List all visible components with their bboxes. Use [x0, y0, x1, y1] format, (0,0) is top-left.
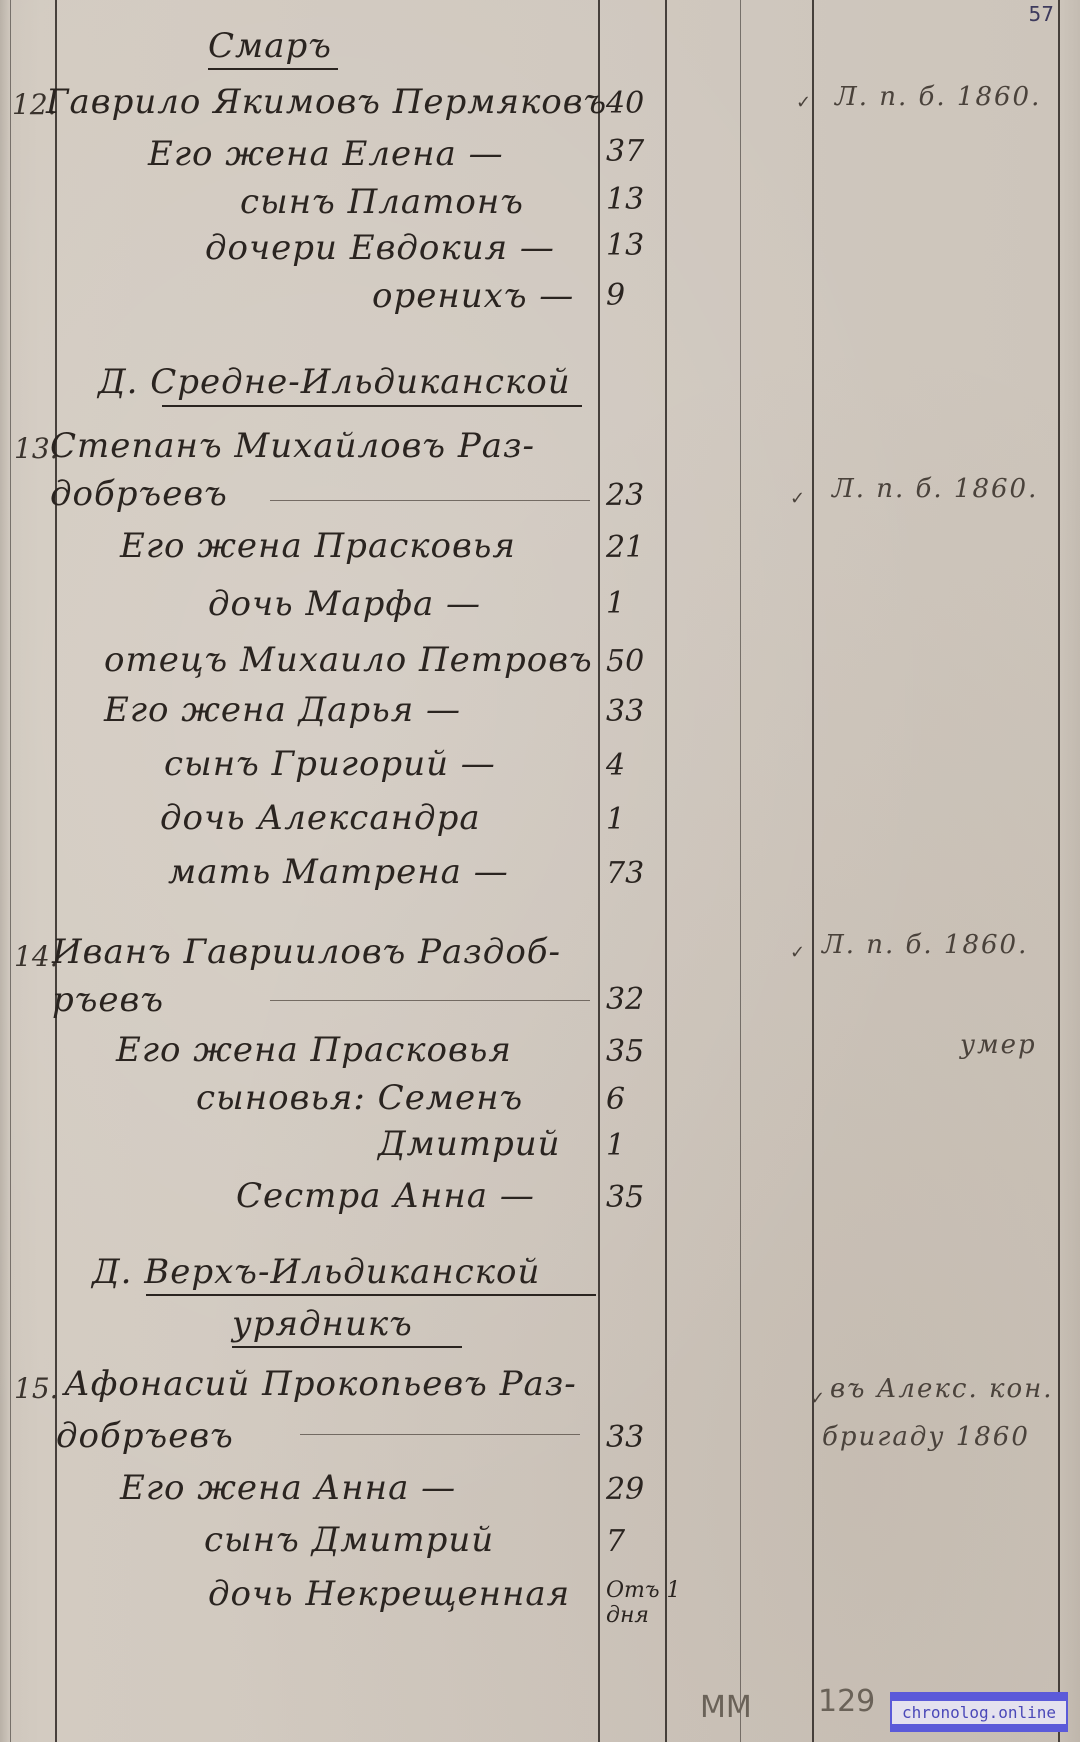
age: Отъ 1 дня [606, 1578, 716, 1628]
pencil-mark: ΜΜ [700, 1690, 752, 1725]
family-member: сынъ Григорий — [164, 744, 496, 784]
remark: Л. п. б. 1860. [832, 474, 1038, 504]
fill-line [270, 500, 590, 501]
age: 9 [606, 278, 662, 313]
family-member: дочь Марфа — [208, 584, 481, 624]
age: 7 [606, 1524, 662, 1559]
age: 1 [606, 1128, 662, 1163]
household-head: Гаврило Якимовъ Пермяковъ [46, 82, 607, 122]
heading-underline [162, 405, 582, 407]
names-column-rule [598, 0, 600, 1742]
family-member: Дмитрий [378, 1124, 561, 1164]
family-member: дочь Некрещенная [208, 1574, 570, 1614]
margin-rule [55, 0, 57, 1742]
household-head: Степанъ Михайловъ Раз- [50, 426, 535, 466]
section-subheading: урядникъ [232, 1304, 413, 1344]
family-member: сыновья: Семенъ [196, 1078, 523, 1118]
age: 4 [606, 748, 662, 783]
watermark-badge[interactable]: chronolog.online [890, 1692, 1068, 1732]
household-head: Афонасий Прокопьевъ Раз- [64, 1364, 577, 1404]
family-member: сынъ Дмитрий [204, 1520, 494, 1560]
family-member: дочь Александра [160, 798, 481, 838]
remark: Л. п. б. 1860. [822, 930, 1028, 960]
age: 32 [606, 982, 662, 1017]
age: 37 [606, 134, 662, 169]
check-mark-icon: ✓ [790, 942, 805, 963]
section-heading: Д. Верхъ-Ильдиканской [92, 1252, 540, 1292]
family-member: Его жена Прасковья [116, 1030, 512, 1070]
section-heading: Смаръ [208, 26, 332, 66]
folio-number: 57 [1029, 2, 1054, 26]
household-head-cont: ръевъ [52, 980, 164, 1020]
watermark-text[interactable]: chronolog.online [892, 1701, 1066, 1724]
age: 40 [606, 86, 662, 121]
age: 35 [606, 1180, 662, 1215]
remark-line-2: бригаду 1860 [822, 1422, 1030, 1452]
family-member: оренихъ — [372, 276, 574, 316]
age: 6 [606, 1082, 662, 1117]
family-member: отецъ Михаило Петровъ [104, 640, 593, 680]
ledger-page: 57 Смаръ 12. Гаврило Якимовъ Пермяковъ 4… [0, 0, 1080, 1742]
age: 73 [606, 856, 662, 891]
entry-number: 15. [14, 1372, 59, 1405]
heading-underline [146, 1294, 596, 1296]
binding-edge [10, 0, 11, 1742]
age: 29 [606, 1472, 662, 1507]
family-member: Сестра Анна — [236, 1176, 535, 1216]
household-head-cont: добръевъ [50, 474, 228, 514]
household-head-cont: добръевъ [56, 1416, 234, 1456]
age: 1 [606, 802, 662, 837]
section-heading: Д. Средне-Ильдиканской [98, 362, 571, 402]
right-edge-rule [1058, 0, 1060, 1742]
check-mark-icon: ✓ [810, 1388, 825, 1409]
age: 23 [606, 478, 662, 513]
age: 13 [606, 182, 662, 217]
check-mark-icon: ✓ [796, 92, 811, 113]
check-mark-icon: ✓ [790, 488, 805, 509]
age: 33 [606, 1420, 662, 1455]
death-remark: умер [960, 1030, 1037, 1060]
family-member: Его жена Елена — [148, 134, 504, 174]
family-member: дочери Евдокия — [205, 228, 555, 268]
family-member: мать Матрена — [168, 852, 509, 892]
heading-underline [208, 68, 338, 70]
fill-line [270, 1000, 590, 1001]
remark: Л. п. б. 1860. [835, 82, 1041, 112]
family-member: Его жена Прасковья [120, 526, 516, 566]
notes-column-rule [812, 0, 814, 1742]
subheading-underline [232, 1346, 462, 1348]
age: 33 [606, 694, 662, 729]
family-member: Его жена Анна — [120, 1468, 456, 1508]
age: 13 [606, 228, 662, 263]
pencil-page-number: 129 [818, 1684, 875, 1719]
age: 50 [606, 644, 662, 679]
age-column-rule [665, 0, 667, 1742]
household-head: Иванъ Гаврииловъ Раздоб- [52, 932, 561, 972]
age: 21 [606, 530, 662, 565]
remark: въ Алекс. кон. [830, 1374, 1054, 1404]
family-member: Его жена Дарья — [104, 690, 461, 730]
fill-line [300, 1434, 580, 1435]
family-member: сынъ Платонъ [240, 182, 524, 222]
age: 35 [606, 1034, 662, 1069]
age: 1 [606, 586, 662, 621]
column-rule-3 [740, 0, 741, 1742]
